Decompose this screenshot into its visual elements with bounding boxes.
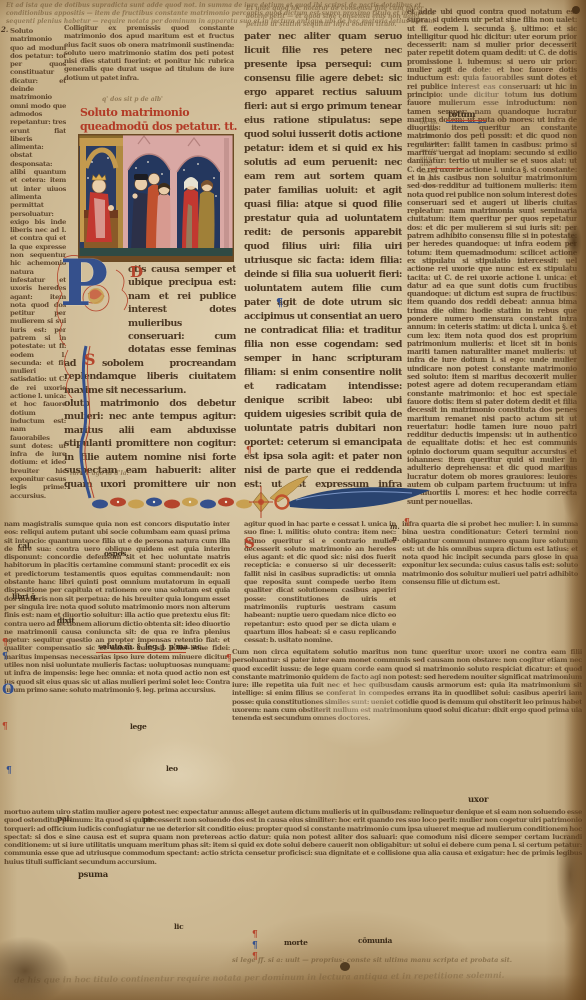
red-underline <box>430 168 464 169</box>
king-head <box>92 179 106 193</box>
paraph-mark: ¶ <box>226 654 232 664</box>
red-underline <box>446 120 486 121</box>
gloss-left-lower: nam magistralis sumque quia non est conc… <box>4 520 230 804</box>
lemma-word: dixit <box>57 616 74 625</box>
penwork-flourish <box>56 250 446 530</box>
gloss-wide-lower: Cum non circa equitatem solutio maritus … <box>232 648 582 806</box>
paraph-mark: ¶ <box>252 952 258 962</box>
initial-s: S <box>84 350 96 369</box>
lemma-citation: soluto m̄. §. leg. j. p'ma. ac. <box>98 642 204 651</box>
flourish-canvas <box>56 250 446 530</box>
rubricator-note: q' dos sit p de alb' <box>102 96 232 106</box>
lawyer-hand <box>132 193 137 198</box>
lemma-word: ospos. <box>104 549 129 558</box>
reference-letter-m: m. <box>390 522 400 531</box>
initial-s-secondary: S <box>244 534 255 552</box>
bottom-cursive-note: si lege ff. si a: uult — proprius: const… <box>232 956 572 968</box>
lemma-word: cōmunia <box>358 936 392 945</box>
lemma-word: psuma <box>78 870 108 880</box>
illuminated-initial-p: P <box>60 252 108 316</box>
bottom-edge-darkening <box>0 974 586 1000</box>
gloss-middle-lower: agitur quod in hac parte e cessat l. uni… <box>244 520 396 646</box>
lemma-word: uxor <box>468 795 488 805</box>
paraph-mark: ¶ <box>246 446 252 456</box>
flourish-bar <box>92 498 252 509</box>
paraph-mark: ¶ <box>6 766 12 776</box>
king-hand <box>108 205 114 211</box>
rose-figure <box>156 193 171 252</box>
paraph-mark: ¶ <box>252 930 258 940</box>
lemma-word: libri q̄. <box>12 592 38 601</box>
lemma-word: lege <box>130 722 146 731</box>
gloss-right-lower: infra quarta die si probet hec mulier: l… <box>402 520 578 646</box>
miniature-painting <box>78 134 234 262</box>
paraph-mark: ¶ <box>2 652 8 662</box>
lemma-word: leo <box>166 764 178 773</box>
man-olive-figure <box>198 191 215 252</box>
paraph-mark: ¶ <box>2 638 8 648</box>
rubric-title: Soluto matrimonio queadmodū dos petatur.… <box>80 106 238 134</box>
initial-o: O <box>2 682 14 698</box>
orange-figure-head <box>148 173 159 184</box>
manuscript-page: Et ad ista que de dotibus supradicta sun… <box>0 0 586 1000</box>
lemma-word: lic <box>174 922 183 931</box>
reference-letter-n: n. <box>392 534 400 543</box>
gloss-bottom-full: mortuo autem uiro statim mulier agere po… <box>4 808 582 956</box>
miniature-canvas <box>78 134 234 262</box>
arcade-edge <box>224 138 229 254</box>
lemma-word: pal. <box>57 814 71 823</box>
blue-plume <box>289 487 430 509</box>
bar-cross-ornament <box>249 486 273 518</box>
gutter-marginalia: hic no. q' dos petit' statim mortuo uiro… <box>420 120 444 228</box>
paraph-mark: ¶ <box>2 722 8 732</box>
lemma-word: morte <box>284 938 308 947</box>
paraph-mark: ¶ <box>276 296 283 309</box>
paraph-mark: ¶ <box>252 941 258 951</box>
red-underline <box>96 652 186 653</box>
lemma-word: cal. <box>18 541 32 550</box>
initial-d: D <box>130 263 143 281</box>
lemma-word: totum <box>448 110 475 120</box>
paraph-mark: ¶ <box>404 518 410 528</box>
lemma-word: pe <box>143 815 152 824</box>
blue-underline <box>446 122 486 123</box>
fore-edge-darkening <box>564 0 586 1000</box>
lawyer-cap <box>134 174 148 180</box>
gloss-above-miniature: Colligitur ex premissis quod constante m… <box>64 24 234 102</box>
margin-numeral: 2. <box>1 25 8 34</box>
